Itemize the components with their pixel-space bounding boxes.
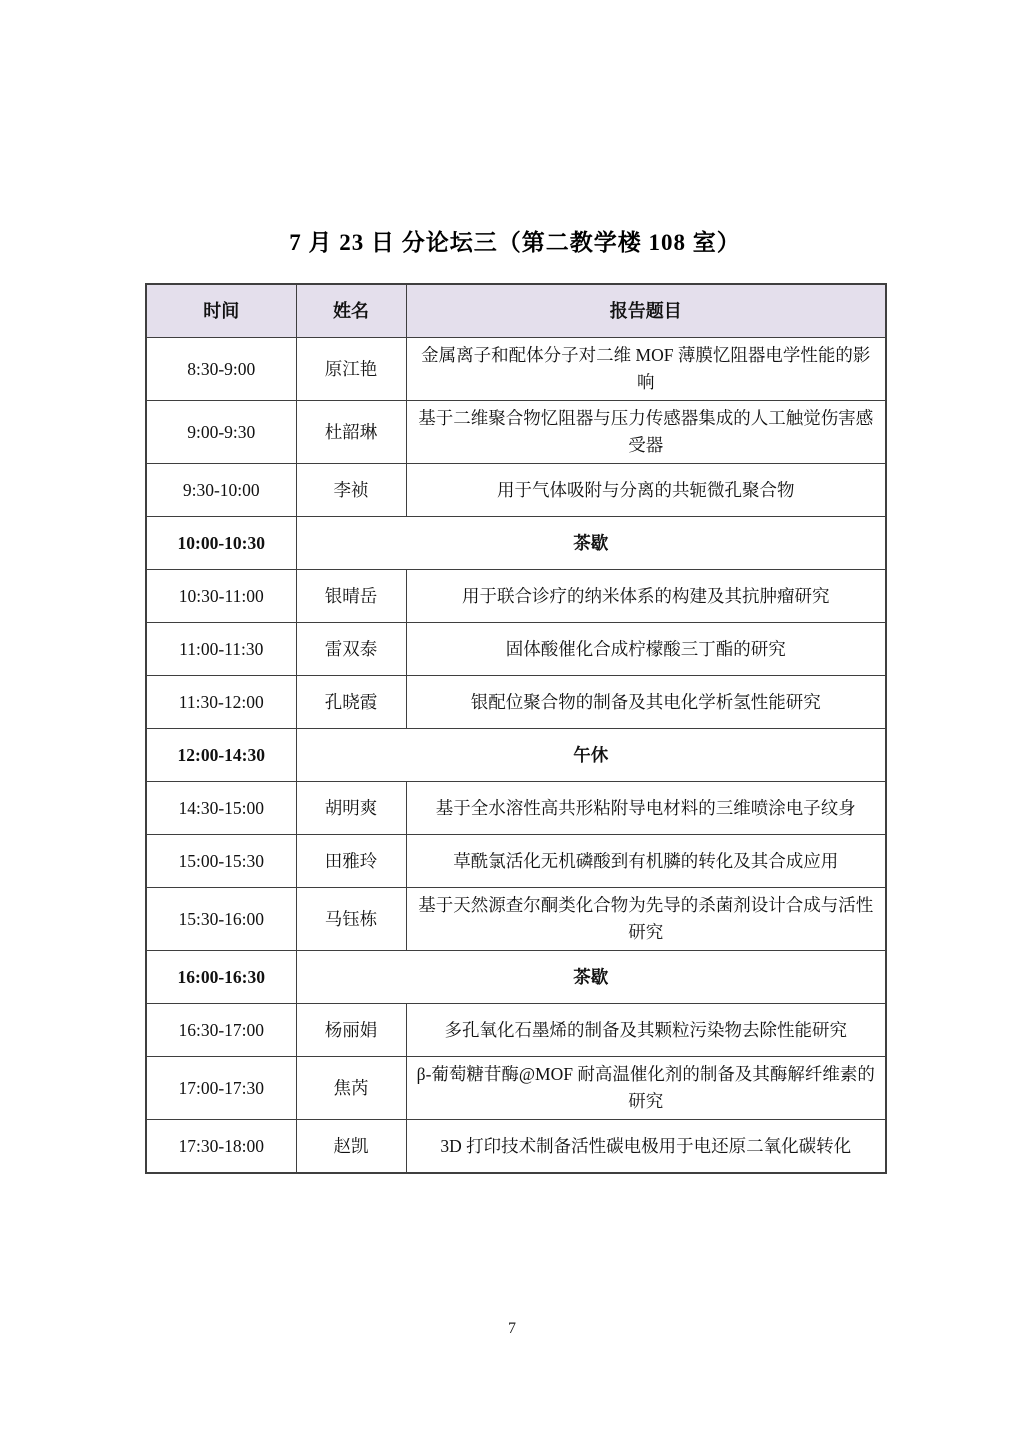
speaker-name-cell: 田雅玲 (296, 835, 406, 888)
speaker-name-cell: 孔晓霞 (296, 676, 406, 729)
time-cell: 17:30-18:00 (146, 1120, 296, 1174)
time-cell: 12:00-14:30 (146, 729, 296, 782)
table-row: 9:30-10:00李祯用于气体吸附与分离的共轭微孔聚合物 (146, 464, 886, 517)
schedule-table-body: 8:30-9:00原江艳金属离子和配体分子对二维 MOF 薄膜忆阻器电学性能的影… (146, 338, 886, 1174)
document-page: 7 月 23 日 分论坛三（第二教学楼 108 室） 时间 姓名 报告题目 8:… (0, 0, 1024, 1448)
table-row: 11:00-11:30雷双泰固体酸催化合成柠檬酸三丁酯的研究 (146, 623, 886, 676)
talk-title-cell: 银配位聚合物的制备及其电化学析氢性能研究 (406, 676, 886, 729)
table-row: 17:00-17:30焦芮β-葡萄糖苷酶@MOF 耐高温催化剂的制备及其酶解纤维… (146, 1057, 886, 1120)
speaker-name-cell: 焦芮 (296, 1057, 406, 1120)
time-cell: 16:00-16:30 (146, 951, 296, 1004)
table-row: 17:30-18:00赵凯3D 打印技术制备活性碳电极用于电还原二氧化碳转化 (146, 1120, 886, 1174)
speaker-name-cell: 李祯 (296, 464, 406, 517)
speaker-name-cell: 杜韶琳 (296, 401, 406, 464)
speaker-name-cell: 胡明爽 (296, 782, 406, 835)
speaker-name-cell: 赵凯 (296, 1120, 406, 1174)
talk-title-cell: 基于天然源查尔酮类化合物为先导的杀菌剂设计合成与活性研究 (406, 888, 886, 951)
time-cell: 16:30-17:00 (146, 1004, 296, 1057)
table-row: 15:30-16:00马钰栋基于天然源查尔酮类化合物为先导的杀菌剂设计合成与活性… (146, 888, 886, 951)
speaker-name-cell: 银晴岳 (296, 570, 406, 623)
time-cell: 11:30-12:00 (146, 676, 296, 729)
time-cell: 8:30-9:00 (146, 338, 296, 401)
header-title: 报告题目 (406, 284, 886, 338)
talk-title-cell: 基于全水溶性高共形粘附导电材料的三维喷涂电子纹身 (406, 782, 886, 835)
speaker-name-cell: 马钰栋 (296, 888, 406, 951)
time-cell: 11:00-11:30 (146, 623, 296, 676)
header-name: 姓名 (296, 284, 406, 338)
table-header-row: 时间 姓名 报告题目 (146, 284, 886, 338)
break-label-cell: 茶歇 (296, 951, 886, 1004)
speaker-name-cell: 杨丽娟 (296, 1004, 406, 1057)
time-cell: 15:30-16:00 (146, 888, 296, 951)
speaker-name-cell: 原江艳 (296, 338, 406, 401)
time-cell: 17:00-17:30 (146, 1057, 296, 1120)
time-cell: 14:30-15:00 (146, 782, 296, 835)
speaker-name-cell: 雷双泰 (296, 623, 406, 676)
table-row: 9:00-9:30杜韶琳基于二维聚合物忆阻器与压力传感器集成的人工触觉伤害感受器 (146, 401, 886, 464)
table-row: 15:00-15:30田雅玲草酰氯活化无机磷酸到有机膦的转化及其合成应用 (146, 835, 886, 888)
time-cell: 15:00-15:30 (146, 835, 296, 888)
schedule-table: 时间 姓名 报告题目 8:30-9:00原江艳金属离子和配体分子对二维 MOF … (145, 283, 887, 1174)
table-row: 11:30-12:00孔晓霞银配位聚合物的制备及其电化学析氢性能研究 (146, 676, 886, 729)
time-cell: 10:00-10:30 (146, 517, 296, 570)
time-cell: 9:30-10:00 (146, 464, 296, 517)
break-row: 12:00-14:30午休 (146, 729, 886, 782)
talk-title-cell: 基于二维聚合物忆阻器与压力传感器集成的人工触觉伤害感受器 (406, 401, 886, 464)
talk-title-cell: 用于气体吸附与分离的共轭微孔聚合物 (406, 464, 886, 517)
table-row: 16:30-17:00杨丽娟多孔氧化石墨烯的制备及其颗粒污染物去除性能研究 (146, 1004, 886, 1057)
talk-title-cell: 多孔氧化石墨烯的制备及其颗粒污染物去除性能研究 (406, 1004, 886, 1057)
table-row: 14:30-15:00胡明爽基于全水溶性高共形粘附导电材料的三维喷涂电子纹身 (146, 782, 886, 835)
header-time: 时间 (146, 284, 296, 338)
time-cell: 10:30-11:00 (146, 570, 296, 623)
table-row: 10:30-11:00银晴岳用于联合诊疗的纳米体系的构建及其抗肿瘤研究 (146, 570, 886, 623)
time-cell: 9:00-9:30 (146, 401, 296, 464)
break-label-cell: 茶歇 (296, 517, 886, 570)
talk-title-cell: β-葡萄糖苷酶@MOF 耐高温催化剂的制备及其酶解纤维素的研究 (406, 1057, 886, 1120)
break-label-cell: 午休 (296, 729, 886, 782)
break-row: 16:00-16:30茶歇 (146, 951, 886, 1004)
talk-title-cell: 3D 打印技术制备活性碳电极用于电还原二氧化碳转化 (406, 1120, 886, 1174)
table-row: 8:30-9:00原江艳金属离子和配体分子对二维 MOF 薄膜忆阻器电学性能的影… (146, 338, 886, 401)
break-row: 10:00-10:30茶歇 (146, 517, 886, 570)
talk-title-cell: 金属离子和配体分子对二维 MOF 薄膜忆阻器电学性能的影响 (406, 338, 886, 401)
talk-title-cell: 用于联合诊疗的纳米体系的构建及其抗肿瘤研究 (406, 570, 886, 623)
talk-title-cell: 草酰氯活化无机磷酸到有机膦的转化及其合成应用 (406, 835, 886, 888)
page-title: 7 月 23 日 分论坛三（第二教学楼 108 室） (145, 224, 885, 257)
talk-title-cell: 固体酸催化合成柠檬酸三丁酯的研究 (406, 623, 886, 676)
page-number: 7 (0, 1320, 1024, 1338)
